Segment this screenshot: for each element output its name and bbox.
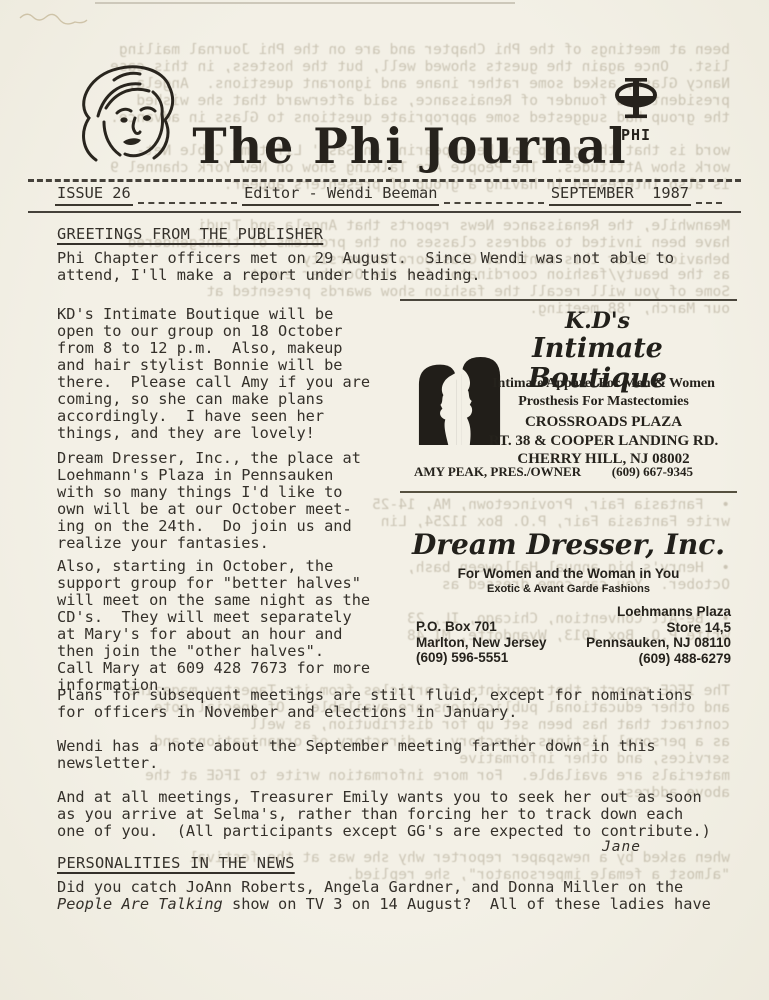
dream-dresser-ad: Dream Dresser, Inc. For Women and the Wo…: [400, 518, 737, 676]
dream-ad-name: Dream Dresser, Inc.: [400, 528, 737, 561]
intro-paragraph: Phi Chapter officers met on 29 August. S…: [57, 250, 737, 284]
treasurer-paragraph: And at all meetings, Treasurer Emily wan…: [57, 789, 757, 840]
kd-ad-owner: AMY PEAK, PRES./OWNER: [414, 464, 581, 480]
plans-paragraph: Plans for subsequent meetings are still …: [57, 687, 747, 721]
dream-ad-address-right: Loehmanns Plaza Store 14,5 Pennsauken, N…: [586, 604, 731, 666]
kd-ad-address: CROSSROADS PLAZA RT. 38 & COOPER LANDING…: [478, 413, 729, 469]
phi-mark: PHI: [611, 78, 661, 144]
wendi-note-paragraph: Wendi has a note about the September mee…: [57, 738, 747, 772]
column-paragraph-dream: Dream Dresser, Inc., the place at Loehma…: [57, 450, 402, 552]
greetings-heading: GREETINGS FROM THE PUBLISHER: [57, 226, 323, 243]
phi-symbol-icon: [614, 78, 658, 120]
personalities-heading: PERSONALITIES IN THE NEWS: [57, 855, 295, 872]
pencil-mark: [14, 6, 104, 30]
kd-intimate-boutique-ad: K.D's Intimate Boutique Intimate Apparel…: [400, 299, 737, 493]
personalities-text-post: show on TV 3 on 14 August? All of these …: [223, 895, 711, 913]
column-paragraph-kd: KD's Intimate Boutique will be open to o…: [57, 306, 402, 442]
masthead-dashed-rule: [28, 179, 741, 182]
date-label: SEPTEMBER 1987: [549, 184, 691, 206]
dream-ad-address-left: P.O. Box 701 Marlton, New Jersey (609) 5…: [416, 619, 547, 666]
issue-row: ISSUE 26 Editor - Wendi Beeman SEPTEMBER…: [55, 184, 727, 206]
signature-jane: Jane: [602, 839, 641, 856]
phi-label: PHI: [611, 126, 661, 144]
kd-ad-tagline-1: Intimate Apparel For Men & Women: [478, 375, 729, 393]
dashed-filler: [444, 187, 543, 204]
dream-ad-tagline-1: For Women and the Woman in You: [400, 566, 737, 581]
dashed-filler: [696, 187, 722, 204]
scan-edge-line: [95, 2, 515, 4]
newsletter-page: been at meetings of the Phi Chapter and …: [0, 0, 769, 1000]
kd-ad-phone: (609) 667-9345: [612, 464, 693, 480]
woman-face-logo-icon: [68, 60, 198, 190]
masthead-title: The Phi Journal: [190, 117, 630, 174]
personalities-text-pre: Did you catch JoAnn Roberts, Angela Gard…: [57, 878, 683, 896]
issue-label: ISSUE 26: [55, 184, 133, 206]
personalities-show-title: People Are Talking: [57, 895, 223, 913]
editor-label: Editor - Wendi Beeman: [242, 184, 439, 206]
personalities-paragraph: Did you catch JoAnn Roberts, Angela Gard…: [57, 879, 757, 913]
masthead-solid-rule: [28, 211, 741, 213]
dream-ad-tagline-2: Exotic & Avant Garde Fashions: [400, 583, 737, 595]
title-dot: [388, 167, 391, 170]
kd-ad-name-line1: K.D's: [472, 309, 723, 334]
kd-ad-tagline-2: Prosthesis For Mastectomies: [478, 393, 729, 411]
dashed-filler: [138, 187, 237, 204]
column-paragraph-support-group: Also, starting in October, the support g…: [57, 558, 402, 694]
